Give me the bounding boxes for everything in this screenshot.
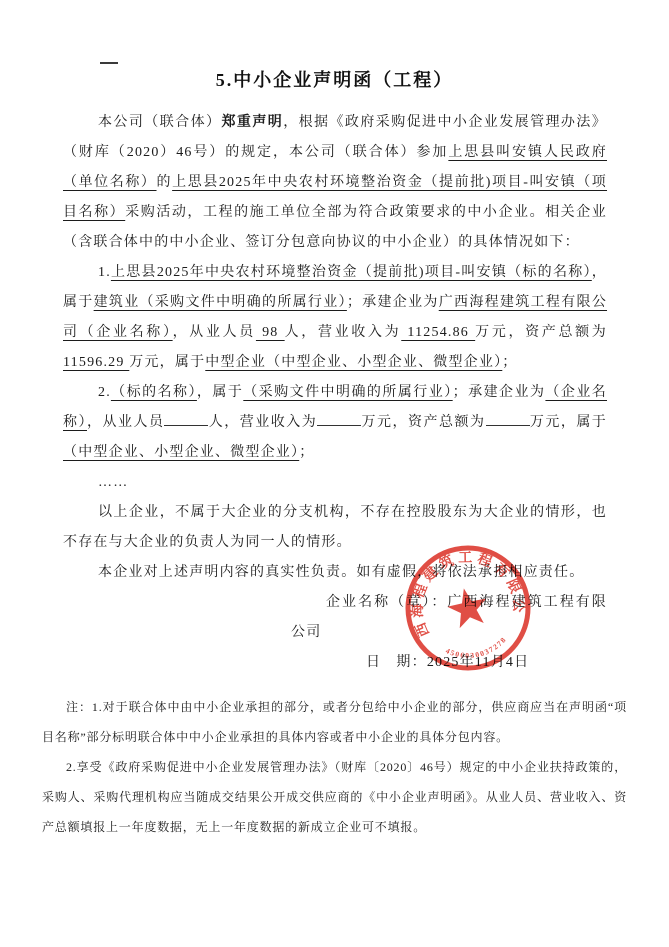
document-title: 5.中小企业声明函（工程） (0, 66, 669, 92)
declaration-paragraph: 本公司（联合体）郑重声明，根据《政府采购促进中小企业发展管理办法》（财库（202… (63, 108, 607, 258)
signature-label: 企业名称（章）： (326, 595, 447, 610)
document-page: 5.中小企业声明函（工程） 本公司（联合体）郑重声明，根据《政府采购促进中小企业… (0, 0, 669, 947)
document-body: 本公司（联合体）郑重声明，根据《政府采购促进中小企业发展管理办法》（财库（202… (63, 108, 607, 678)
item-1-paragraph: 1.上思县2025年中央农村环境整治资金（提前批)项目-叫安镇（标的名称），属于… (63, 258, 607, 378)
date-line: 日 期：2025年11月4日 (63, 648, 607, 678)
note-1: 注：1.对于联合体中由中小企业承担的部分，或者分包给中小企业的部分，供应商应当在… (42, 692, 627, 752)
date-value: 2025年11月4日 (427, 655, 529, 670)
scan-artifact-line (100, 62, 118, 64)
note-2: 2.享受《政府采购促进中小企业发展管理办法》（财库〔2020〕46号）规定的中小… (42, 752, 627, 842)
notes-section: 注：1.对于联合体中由中小企业承担的部分，或者分包给中小企业的部分，供应商应当在… (42, 692, 627, 842)
ellipsis-line: …… (63, 468, 607, 498)
date-label: 日 期： (366, 655, 427, 670)
responsibility-paragraph: 本企业对上述声明内容的真实性负责。如有虚假，将依法承担相应责任。 (63, 558, 607, 588)
item-2-paragraph: 2.（标的名称），属于（采购文件中明确的所属行业）；承建企业为（企业名称），从业… (63, 378, 607, 468)
signature-line: 企业名称（章）：广西海程建筑工程有限公司 (63, 588, 607, 648)
no-affiliation-paragraph: 以上企业，不属于大企业的分支机构，不存在控股股东为大企业的情形，也不存在与大企业… (63, 498, 607, 558)
